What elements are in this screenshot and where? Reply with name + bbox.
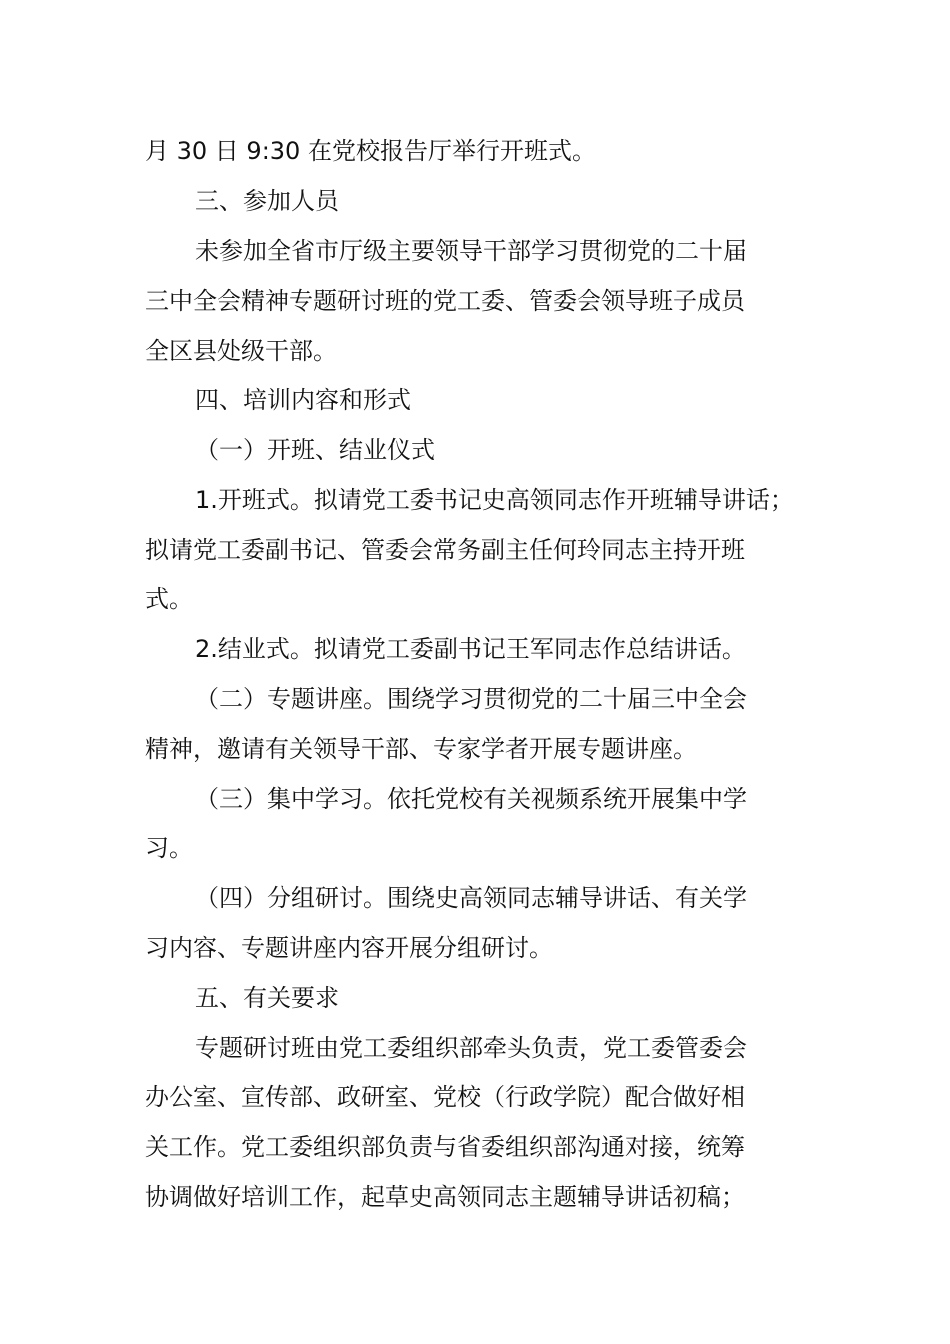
paragraph-line: 2.结业式。拟请党工委副书记王军同志作总结讲话。 bbox=[195, 634, 746, 664]
paragraph-line: 办公室、宣传部、政研室、党校（行政学院）配合做好相 bbox=[145, 1082, 745, 1112]
paragraph-line: 拟请党工委副书记、管委会常务副主任何玲同志主持开班 bbox=[145, 535, 745, 565]
paragraph-line: 全区县处级干部。 bbox=[145, 336, 337, 366]
subsection-lectures: （二）专题讲座。围绕学习贯彻党的二十届三中全会 bbox=[195, 684, 747, 714]
subsection-group-discussion: （四）分组研讨。围绕史高领同志辅导讲话、有关学 bbox=[195, 883, 747, 913]
paragraph-line: 专题研讨班由党工委组织部牵头负责，党工委管委会 bbox=[195, 1033, 747, 1063]
section-heading-content-format: 四、培训内容和形式 bbox=[195, 385, 411, 415]
text-line-continuation: 月 30 日 9:30 在党校报告厅举行开班式。 bbox=[145, 136, 596, 166]
paragraph-line: 习。 bbox=[145, 833, 193, 863]
subsection-heading-ceremonies: （一）开班、结业仪式 bbox=[195, 435, 435, 465]
paragraph-line: 三中全会精神专题研讨班的党工委、管委会领导班子成员 bbox=[145, 286, 745, 316]
paragraph-line: 式。 bbox=[145, 584, 193, 614]
paragraph-line: 协调做好培训工作，起草史高领同志主题辅导讲话初稿； bbox=[145, 1182, 745, 1212]
subsection-centralized-study: （三）集中学习。依托党校有关视频系统开展集中学 bbox=[195, 784, 747, 814]
paragraph-line: 关工作。党工委组织部负责与省委组织部沟通对接，统筹 bbox=[145, 1132, 745, 1162]
paragraph-line: 习内容、专题讲座内容开展分组研讨。 bbox=[145, 933, 553, 963]
paragraph-line: 精神，邀请有关领导干部、专家学者开展专题讲座。 bbox=[145, 734, 697, 764]
document-page: 月 30 日 9:30 在党校报告厅举行开班式。 三、参加人员 未参加全省市厅级… bbox=[0, 0, 950, 1344]
paragraph-line: 未参加全省市厅级主要领导干部学习贯彻党的二十届 bbox=[195, 236, 747, 266]
paragraph-line: 1.开班式。拟请党工委书记史高领同志作开班辅导讲话； bbox=[195, 485, 794, 515]
section-heading-participants: 三、参加人员 bbox=[195, 186, 339, 216]
section-heading-requirements: 五、有关要求 bbox=[195, 983, 339, 1013]
